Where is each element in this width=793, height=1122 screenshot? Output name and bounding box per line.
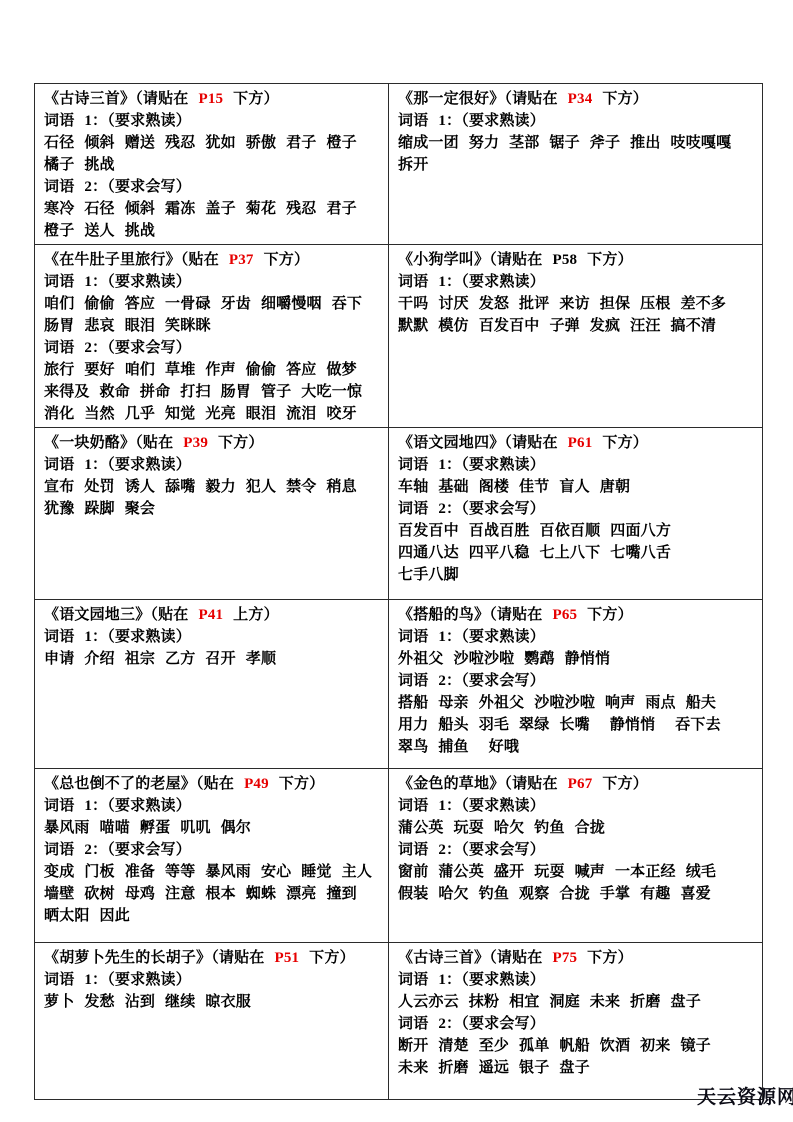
lesson-title: 《胡萝卜先生的长胡子》（请贴在 P51 下方） xyxy=(44,947,380,969)
section-label: 词语 1：（要求熟读） xyxy=(398,795,754,817)
page-ref: P34 xyxy=(568,91,593,107)
word-line: 消化 当然 几乎 知觉 光亮 眼泪 流泪 咬牙 xyxy=(44,403,380,425)
vocab-cell: 《那一定很好》（请贴在 P34 下方）词语 1：（要求熟读）缩成一团 努力 茎部… xyxy=(389,84,763,245)
lesson-title-suffix: 下方） xyxy=(577,950,633,966)
word-line: 橙子 送人 挑战 xyxy=(44,220,380,242)
word-line: 旅行 要好 咱们 草堆 作声 偷偷 答应 做梦 xyxy=(44,359,380,381)
lesson-title-prefix: 《语文园地四》（请贴在 xyxy=(398,435,568,451)
document-page: 《古诗三首》（请贴在 P15 下方）词语 1：（要求熟读）石径 倾斜 赠送 残忍… xyxy=(0,0,793,1122)
word-line: 墙壁 砍树 母鸡 注意 根本 蜘蛛 漂亮 撞到 xyxy=(44,883,380,905)
table-row: 《在牛肚子里旅行》（贴在 P37 下方）词语 1：（要求熟读）咱们 偷偷 答应 … xyxy=(35,245,763,428)
page-ref: P65 xyxy=(552,607,577,623)
word-line: 车轴 基础 阁楼 佳节 盲人 唐朝 xyxy=(398,476,754,498)
vocab-cell: 《古诗三首》（请贴在 P15 下方）词语 1：（要求熟读）石径 倾斜 赠送 残忍… xyxy=(35,84,389,245)
word-line: 百发百中 百战百胜 百依百顺 四面八方 xyxy=(398,520,754,542)
section-label: 词语 2：（要求会写） xyxy=(398,670,754,692)
section-label: 词语 1：（要求熟读） xyxy=(44,626,380,648)
vocab-cell: 《总也倒不了的老屋》（贴在 P49 下方）词语 1：（要求熟读）暴风雨 喵喵 孵… xyxy=(35,769,389,943)
page-ref: P58 xyxy=(552,252,577,268)
vocab-cell: 《古诗三首》（请贴在 P75 下方）词语 1：（要求熟读）人云亦云 抹粉 相宜 … xyxy=(389,943,763,1100)
lesson-title: 《语文园地三》（贴在 P41 上方） xyxy=(44,604,380,626)
page-ref: P37 xyxy=(229,252,254,268)
vocab-cell: 《胡萝卜先生的长胡子》（请贴在 P51 下方）词语 1：（要求熟读）萝卜 发愁 … xyxy=(35,943,389,1100)
word-line: 用力 船头 羽毛 翠绿 长嘴 静悄悄 吞下去 xyxy=(398,714,754,736)
lesson-title-prefix: 《一块奶酪》（贴在 xyxy=(44,435,183,451)
table-row: 《总也倒不了的老屋》（贴在 P49 下方）词语 1：（要求熟读）暴风雨 喵喵 孵… xyxy=(35,769,763,943)
page-ref: P67 xyxy=(568,776,593,792)
vocab-table: 《古诗三首》（请贴在 P15 下方）词语 1：（要求熟读）石径 倾斜 赠送 残忍… xyxy=(34,83,763,1100)
section-label: 词语 1：（要求熟读） xyxy=(398,626,754,648)
section-label: 词语 2：（要求会写） xyxy=(398,498,754,520)
word-line: 外祖父 沙啦沙啦 鹦鹉 静悄悄 xyxy=(398,648,754,670)
word-line: 搭船 母亲 外祖父 沙啦沙啦 响声 雨点 船夫 xyxy=(398,692,754,714)
lesson-title: 《小狗学叫》（请贴在 P58 下方） xyxy=(398,249,754,271)
section-label: 词语 1：（要求熟读） xyxy=(44,454,380,476)
section-label: 词语 2：（要求会写） xyxy=(44,337,380,359)
word-line: 暴风雨 喵喵 孵蛋 叽叽 偶尔 xyxy=(44,817,380,839)
word-line: 默默 模仿 百发百中 子弹 发疯 汪汪 搞不清 xyxy=(398,315,754,337)
lesson-title-prefix: 《小狗学叫》（请贴在 xyxy=(398,252,552,268)
vocab-cell: 《语文园地四》（请贴在 P61 下方）词语 1：（要求熟读）车轴 基础 阁楼 佳… xyxy=(389,428,763,600)
word-line: 翠鸟 捕鱼 好哦 xyxy=(398,736,754,758)
lesson-title-suffix: 下方） xyxy=(577,607,633,623)
word-line: 萝卜 发愁 沾到 继续 晾衣服 xyxy=(44,991,380,1013)
section-label: 词语 2：（要求会写） xyxy=(398,839,754,861)
word-line: 拆开 xyxy=(398,154,754,176)
section-label: 词语 1：（要求熟读） xyxy=(398,969,754,991)
vocab-cell: 《语文园地三》（贴在 P41 上方）词语 1：（要求熟读）申请 介绍 祖宗 乙方… xyxy=(35,600,389,769)
word-line: 寒冷 石径 倾斜 霜冻 盖子 菊花 残忍 君子 xyxy=(44,198,380,220)
word-line: 四通八达 四平八稳 七上八下 七嘴八舌 xyxy=(398,542,754,564)
section-label: 词语 1：（要求熟读） xyxy=(44,969,380,991)
lesson-title-suffix: 下方） xyxy=(208,435,264,451)
vocab-cell: 《小狗学叫》（请贴在 P58 下方）词语 1：（要求熟读）干吗 讨厌 发怒 批评… xyxy=(389,245,763,428)
lesson-title-prefix: 《金色的草地》（请贴在 xyxy=(398,776,568,792)
page-ref: P51 xyxy=(274,950,299,966)
word-line: 假装 哈欠 钓鱼 观察 合拢 手掌 有趣 喜爱 xyxy=(398,883,754,905)
lesson-title: 《古诗三首》（请贴在 P75 下方） xyxy=(398,947,754,969)
word-line: 缩成一团 努力 茎部 锯子 斧子 推出 吱吱嘎嘎 xyxy=(398,132,754,154)
section-label: 词语 1：（要求熟读） xyxy=(44,795,380,817)
lesson-title: 《古诗三首》（请贴在 P15 下方） xyxy=(44,88,380,110)
word-line: 咱们 偷偷 答应 一骨碌 牙齿 细嚼慢咽 吞下 xyxy=(44,293,380,315)
lesson-title-prefix: 《古诗三首》（请贴在 xyxy=(398,950,552,966)
word-line: 橘子 挑战 xyxy=(44,154,380,176)
lesson-title-suffix: 下方） xyxy=(592,91,648,107)
lesson-title: 《金色的草地》（请贴在 P67 下方） xyxy=(398,773,754,795)
lesson-title-prefix: 《语文园地三》（贴在 xyxy=(44,607,198,623)
lesson-title-suffix: 下方） xyxy=(299,950,355,966)
vocab-cell: 《一块奶酪》（贴在 P39 下方）词语 1：（要求熟读）宣布 处罚 诱人 舔嘴 … xyxy=(35,428,389,600)
lesson-title: 《搭船的鸟》（请贴在 P65 下方） xyxy=(398,604,754,626)
vocab-table-body: 《古诗三首》（请贴在 P15 下方）词语 1：（要求熟读）石径 倾斜 赠送 残忍… xyxy=(35,84,763,1100)
word-line: 人云亦云 抹粉 相宜 洞庭 未来 折磨 盘子 xyxy=(398,991,754,1013)
word-line: 七手八脚 xyxy=(398,564,754,586)
lesson-title-prefix: 《总也倒不了的老屋》（贴在 xyxy=(44,776,244,792)
lesson-title-prefix: 《胡萝卜先生的长胡子》（请贴在 xyxy=(44,950,274,966)
section-label: 词语 1：（要求熟读） xyxy=(398,454,754,476)
word-line: 犹豫 跺脚 聚会 xyxy=(44,498,380,520)
word-line: 变成 门板 准备 等等 暴风雨 安心 睡觉 主人 xyxy=(44,861,380,883)
lesson-title: 《那一定很好》（请贴在 P34 下方） xyxy=(398,88,754,110)
word-line: 干吗 讨厌 发怒 批评 来访 担保 压根 差不多 xyxy=(398,293,754,315)
section-label: 词语 1：（要求熟读） xyxy=(398,110,754,132)
word-line: 申请 介绍 祖宗 乙方 召开 孝顺 xyxy=(44,648,380,670)
word-line: 窗前 蒲公英 盛开 玩耍 喊声 一本正经 绒毛 xyxy=(398,861,754,883)
lesson-title-suffix: 下方） xyxy=(269,776,325,792)
table-row: 《一块奶酪》（贴在 P39 下方）词语 1：（要求熟读）宣布 处罚 诱人 舔嘴 … xyxy=(35,428,763,600)
word-line: 宣布 处罚 诱人 舔嘴 毅力 犯人 禁令 稍息 xyxy=(44,476,380,498)
page-ref: P15 xyxy=(198,91,223,107)
table-row: 《语文园地三》（贴在 P41 上方）词语 1：（要求熟读）申请 介绍 祖宗 乙方… xyxy=(35,600,763,769)
table-row: 《古诗三首》（请贴在 P15 下方）词语 1：（要求熟读）石径 倾斜 赠送 残忍… xyxy=(35,84,763,245)
page-ref: P61 xyxy=(568,435,593,451)
lesson-title-suffix: 下方） xyxy=(592,435,648,451)
lesson-title-prefix: 《那一定很好》（请贴在 xyxy=(398,91,568,107)
lesson-title-suffix: 下方） xyxy=(577,252,633,268)
vocab-cell: 《在牛肚子里旅行》（贴在 P37 下方）词语 1：（要求熟读）咱们 偷偷 答应 … xyxy=(35,245,389,428)
section-label: 词语 1：（要求熟读） xyxy=(398,271,754,293)
lesson-title: 《在牛肚子里旅行》（贴在 P37 下方） xyxy=(44,249,380,271)
lesson-title: 《语文园地四》（请贴在 P61 下方） xyxy=(398,432,754,454)
section-label: 词语 1：（要求熟读） xyxy=(44,271,380,293)
table-row: 《胡萝卜先生的长胡子》（请贴在 P51 下方）词语 1：（要求熟读）萝卜 发愁 … xyxy=(35,943,763,1100)
lesson-title-prefix: 《古诗三首》（请贴在 xyxy=(44,91,198,107)
lesson-title-prefix: 《在牛肚子里旅行》（贴在 xyxy=(44,252,229,268)
lesson-title-suffix: 上方） xyxy=(223,607,279,623)
word-line: 蒲公英 玩耍 哈欠 钓鱼 合拢 xyxy=(398,817,754,839)
page-ref: P75 xyxy=(552,950,577,966)
page-ref: P41 xyxy=(198,607,223,623)
word-line: 未来 折磨 遥远 银子 盘子 xyxy=(398,1057,754,1079)
word-line: 肠胃 悲哀 眼泪 笑眯眯 xyxy=(44,315,380,337)
watermark: 天云资源网 xyxy=(697,1082,793,1109)
section-label: 词语 2：（要求会写） xyxy=(44,839,380,861)
word-line: 石径 倾斜 赠送 残忍 犹如 骄傲 君子 橙子 xyxy=(44,132,380,154)
page-ref: P39 xyxy=(183,435,208,451)
section-label: 词语 2：（要求会写） xyxy=(398,1013,754,1035)
word-line: 断开 清楚 至少 孤单 帆船 饮酒 初来 镜子 xyxy=(398,1035,754,1057)
lesson-title: 《总也倒不了的老屋》（贴在 P49 下方） xyxy=(44,773,380,795)
lesson-title-suffix: 下方） xyxy=(254,252,310,268)
vocab-cell: 《金色的草地》（请贴在 P67 下方）词语 1：（要求熟读）蒲公英 玩耍 哈欠 … xyxy=(389,769,763,943)
lesson-title: 《一块奶酪》（贴在 P39 下方） xyxy=(44,432,380,454)
lesson-title-suffix: 下方） xyxy=(592,776,648,792)
lesson-title-suffix: 下方） xyxy=(223,91,279,107)
section-label: 词语 1：（要求熟读） xyxy=(44,110,380,132)
lesson-title-prefix: 《搭船的鸟》（请贴在 xyxy=(398,607,552,623)
section-label: 词语 2：（要求会写） xyxy=(44,176,380,198)
word-line: 来得及 救命 拼命 打扫 肠胃 管子 大吃一惊 xyxy=(44,381,380,403)
page-ref: P49 xyxy=(244,776,269,792)
vocab-cell: 《搭船的鸟》（请贴在 P65 下方）词语 1：（要求熟读）外祖父 沙啦沙啦 鹦鹉… xyxy=(389,600,763,769)
word-line: 晒太阳 因此 xyxy=(44,905,380,927)
